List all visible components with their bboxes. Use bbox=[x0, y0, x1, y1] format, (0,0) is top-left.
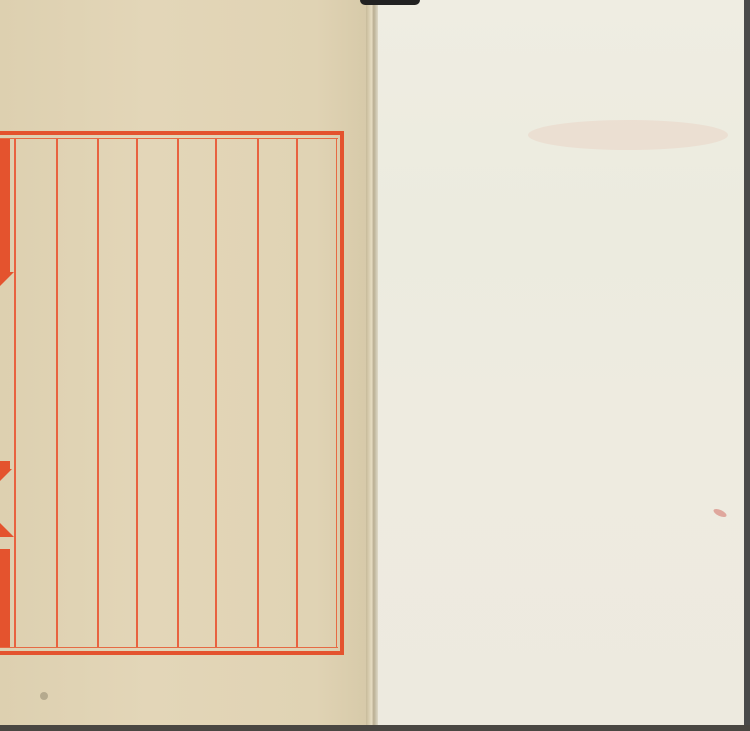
fishtail-upper-mark bbox=[0, 272, 14, 286]
ruled-frame bbox=[0, 131, 344, 655]
scan-edge-bottom bbox=[0, 725, 750, 731]
fishtail-lower-mark-bottom bbox=[0, 523, 14, 537]
paper-spot bbox=[40, 692, 48, 700]
show-through-stain bbox=[528, 120, 728, 150]
fishtail-upper-bar bbox=[0, 139, 10, 272]
fishtail-lower-band bbox=[0, 461, 10, 469]
scan-shadow-top bbox=[360, 0, 420, 5]
column-line bbox=[14, 139, 16, 647]
frame-top-inner-line bbox=[0, 138, 338, 139]
column-line bbox=[215, 139, 217, 647]
left-page bbox=[0, 0, 372, 731]
column-line bbox=[136, 139, 138, 647]
column-line bbox=[296, 139, 298, 647]
red-mark bbox=[712, 507, 727, 518]
frame-right-inner-line bbox=[336, 138, 337, 648]
fishtail-lower-bar bbox=[0, 549, 10, 647]
column-line bbox=[56, 139, 58, 647]
column-line bbox=[97, 139, 99, 647]
column-line bbox=[257, 139, 259, 647]
frame-right-border bbox=[340, 131, 344, 655]
right-page bbox=[378, 0, 744, 731]
scan-edge-right bbox=[744, 0, 750, 731]
frame-top-border bbox=[0, 131, 344, 135]
column-line bbox=[177, 139, 179, 647]
frame-bottom-inner-line bbox=[0, 647, 338, 648]
book-spread bbox=[0, 0, 750, 731]
frame-bottom-border bbox=[0, 651, 344, 655]
fishtail-lower-mark-top bbox=[0, 469, 12, 481]
